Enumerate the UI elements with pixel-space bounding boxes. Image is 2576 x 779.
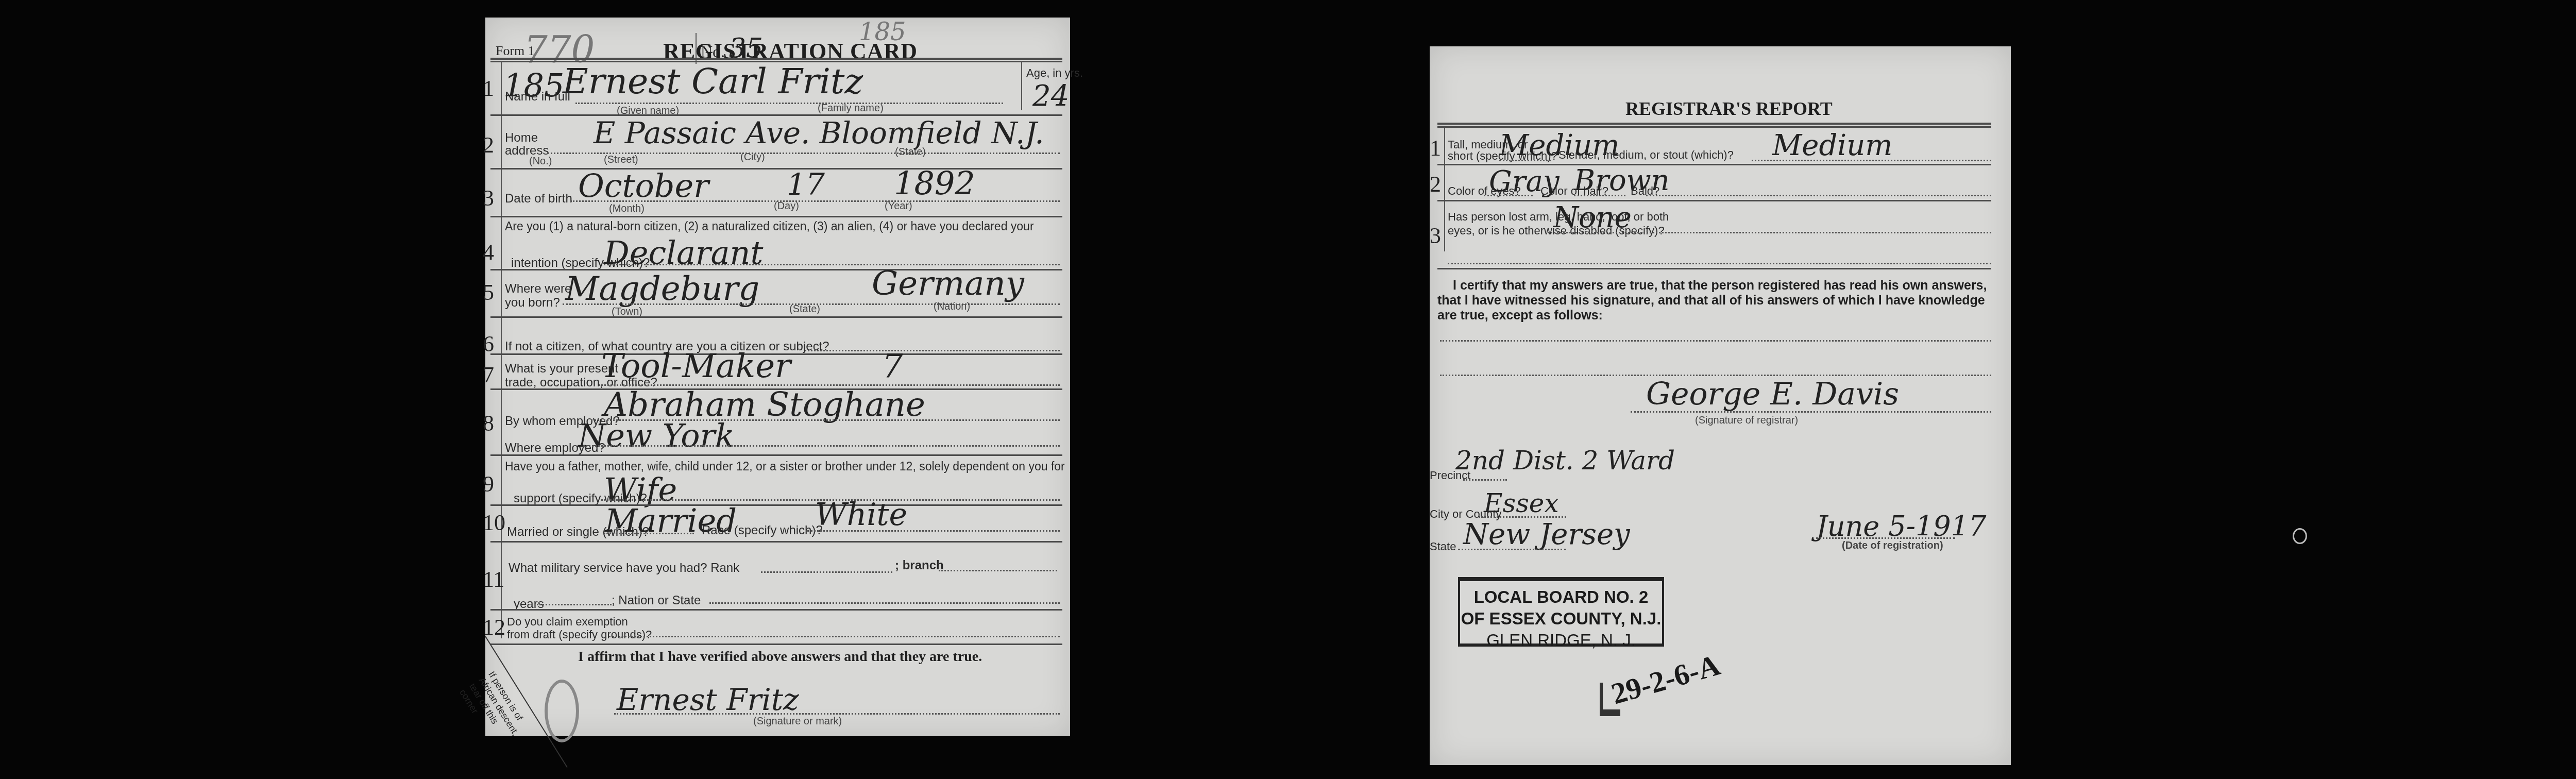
serial-number: 29-2-6-A [1607,648,1724,712]
registration-card-front: Form 1 770 REGISTRATION CARD 185 No. 35 … [485,18,1070,736]
birthplace-town: Magdeburg [565,270,759,308]
age-label: Age, in yrs. [1026,66,1083,80]
name-label: Name in full [505,90,570,104]
birthplace-nation: Germany [872,265,1024,303]
citizenship-value: Declarant [604,234,763,272]
report-title: REGISTRAR'S REPORT [1625,98,1833,120]
race-value: White [815,497,907,533]
certification-text: I certify that my answers are true, that… [1437,278,1991,323]
build-value: Medium [1772,129,1892,162]
precinct-value: 2nd Dist. 2 Ward [1455,446,1675,476]
state-value: New Jersey [1463,518,1630,551]
employer-location: New York [578,417,735,454]
occupation-value: Tool-Maker [601,347,791,385]
dob-year: 1892 [894,164,975,202]
local-board-stamp: LOCAL BOARD NO. 2 OF ESSEX COUNTY, N.J. … [1458,577,1664,647]
registrars-report-back: REGISTRAR'S REPORT 1 Tall, medium, or sh… [1430,46,2011,765]
age-value: 24 [1032,79,1069,113]
registrar-signature: George E. Davis [1646,376,1899,412]
film-speck [2293,528,2307,544]
county-value: Essex [1484,488,1559,518]
disability-value: None [1553,201,1632,234]
name-value: Ernest Carl Fritz [563,61,863,102]
affirmation-text: I affirm that I have verified above answ… [578,649,982,665]
row-number: 1 [483,75,494,101]
dob-month: October [578,167,709,205]
tear-off-corner-text: If person is of African descent, tear of… [457,669,531,750]
title-pencil-number: 185 [859,18,906,46]
registrant-signature: Ernest Fritz [617,682,799,717]
address-value: E Passaic Ave. Bloomfield N.J. [594,115,1044,150]
pencil-circle-mark [545,680,579,742]
dob-day: 17 [787,167,825,202]
